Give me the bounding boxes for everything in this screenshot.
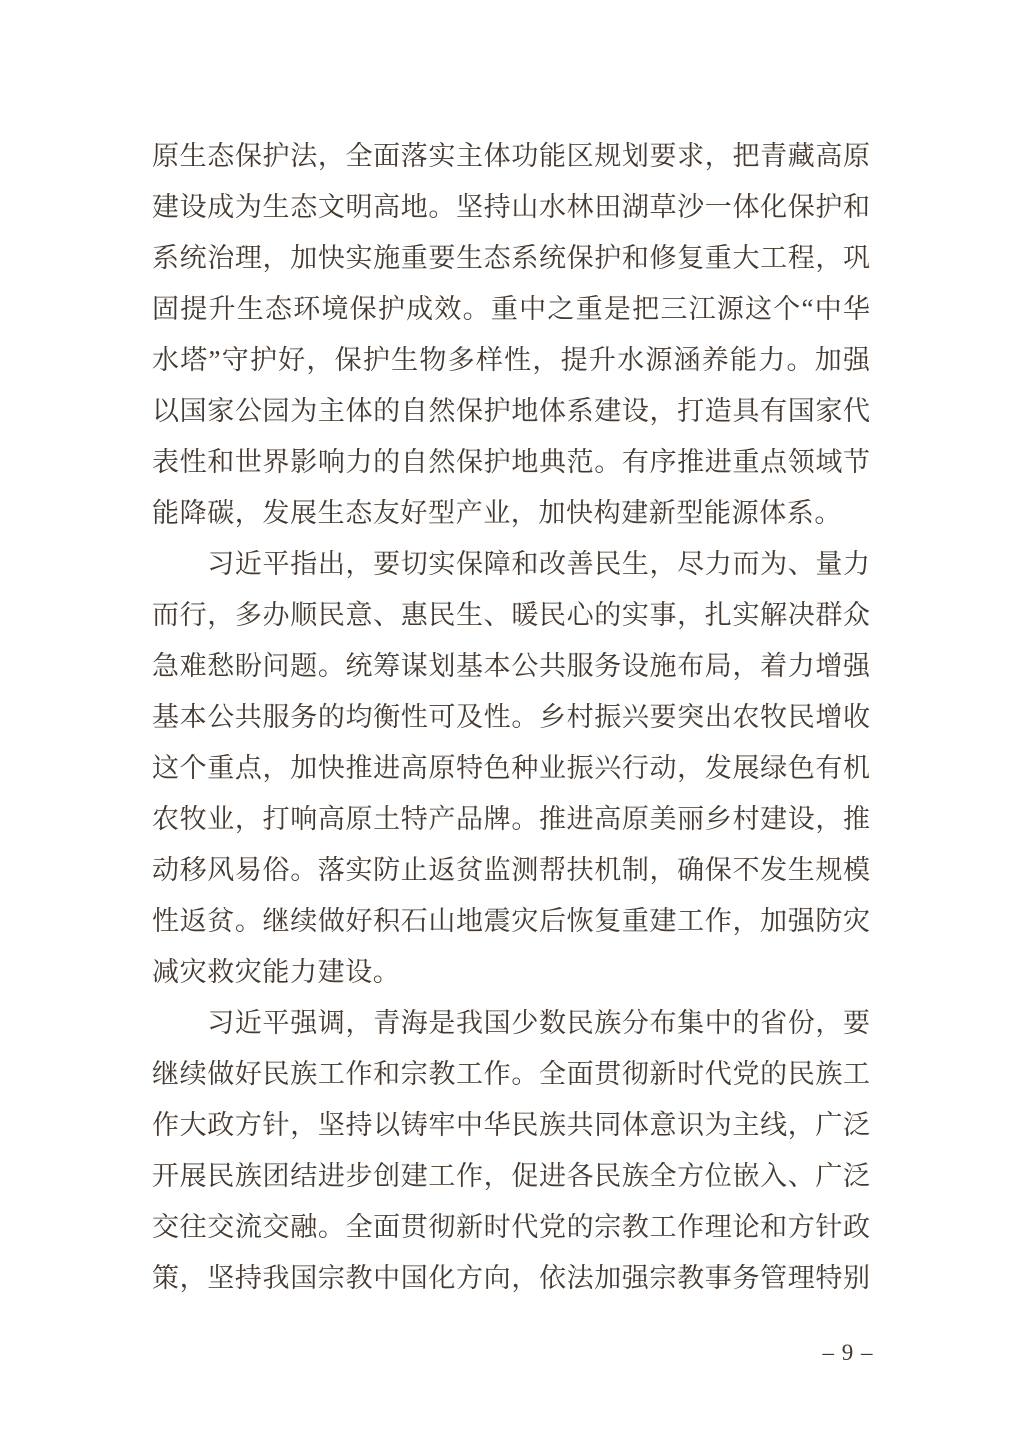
text-line: 这个重点，加快推进高原特色种业振兴行动，发展绿色有机 bbox=[152, 743, 870, 794]
paragraph: 原生态保护法，全面落实主体功能区规划要求，把青藏高原建设成为生态文明高地。坚持山… bbox=[152, 131, 870, 539]
text-line: 继续做好民族工作和宗教工作。全面贯彻新时代党的民族工 bbox=[152, 1049, 870, 1100]
text-line: 固提升生态环境保护成效。重中之重是把三江源这个“中华 bbox=[152, 284, 870, 335]
text-line: 能降碳，发展生态友好型产业，加快构建新型能源体系。 bbox=[152, 488, 870, 539]
text-line: 交往交流交融。全面贯彻新时代党的宗教工作理论和方针政 bbox=[152, 1202, 870, 1253]
text-line: 基本公共服务的均衡性可及性。乡村振兴要突出农牧民增收 bbox=[152, 692, 870, 743]
document-body: 原生态保护法，全面落实主体功能区规划要求，把青藏高原建设成为生态文明高地。坚持山… bbox=[152, 131, 870, 1304]
text-line: 作大政方针，坚持以铸牢中华民族共同体意识为主线，广泛 bbox=[152, 1100, 870, 1151]
text-line: 性返贫。继续做好积石山地震灾后恢复重建工作，加强防灾 bbox=[152, 896, 870, 947]
text-line: 而行，多办顺民意、惠民生、暖民心的实事，扎实解决群众 bbox=[152, 590, 870, 641]
paragraph: 习近平强调，青海是我国少数民族分布集中的省份，要继续做好民族工作和宗教工作。全面… bbox=[152, 998, 870, 1304]
text-line: 系统治理，加快实施重要生态系统保护和修复重大工程，巩 bbox=[152, 233, 870, 284]
text-line: 急难愁盼问题。统筹谋划基本公共服务设施布局，着力增强 bbox=[152, 641, 870, 692]
text-line: 开展民族团结进步创建工作，促进各民族全方位嵌入、广泛 bbox=[152, 1151, 870, 1202]
text-line: 以国家公园为主体的自然保护地体系建设，打造具有国家代 bbox=[152, 386, 870, 437]
page-number: – 9 – bbox=[808, 1338, 888, 1368]
text-line: 水塔”守护好，保护生物多样性，提升水源涵养能力。加强 bbox=[152, 335, 870, 386]
text-line: 减灾救灾能力建设。 bbox=[152, 947, 870, 998]
text-line: 建设成为生态文明高地。坚持山水林田湖草沙一体化保护和 bbox=[152, 182, 870, 233]
page: 原生态保护法，全面落实主体功能区规划要求，把青藏高原建设成为生态文明高地。坚持山… bbox=[0, 0, 1024, 1448]
text-line: 动移风易俗。落实防止返贫监测帮扶机制，确保不发生规模 bbox=[152, 845, 870, 896]
text-line: 习近平强调，青海是我国少数民族分布集中的省份，要 bbox=[152, 998, 870, 1049]
text-line: 表性和世界影响力的自然保护地典范。有序推进重点领域节 bbox=[152, 437, 870, 488]
text-line: 原生态保护法，全面落实主体功能区规划要求，把青藏高原 bbox=[152, 131, 870, 182]
paragraph: 习近平指出，要切实保障和改善民生，尽力而为、量力而行，多办顺民意、惠民生、暖民心… bbox=[152, 539, 870, 998]
text-line: 策，坚持我国宗教中国化方向，依法加强宗教事务管理特别 bbox=[152, 1253, 870, 1304]
text-line: 农牧业，打响高原土特产品牌。推进高原美丽乡村建设，推 bbox=[152, 794, 870, 845]
text-line: 习近平指出，要切实保障和改善民生，尽力而为、量力 bbox=[152, 539, 870, 590]
